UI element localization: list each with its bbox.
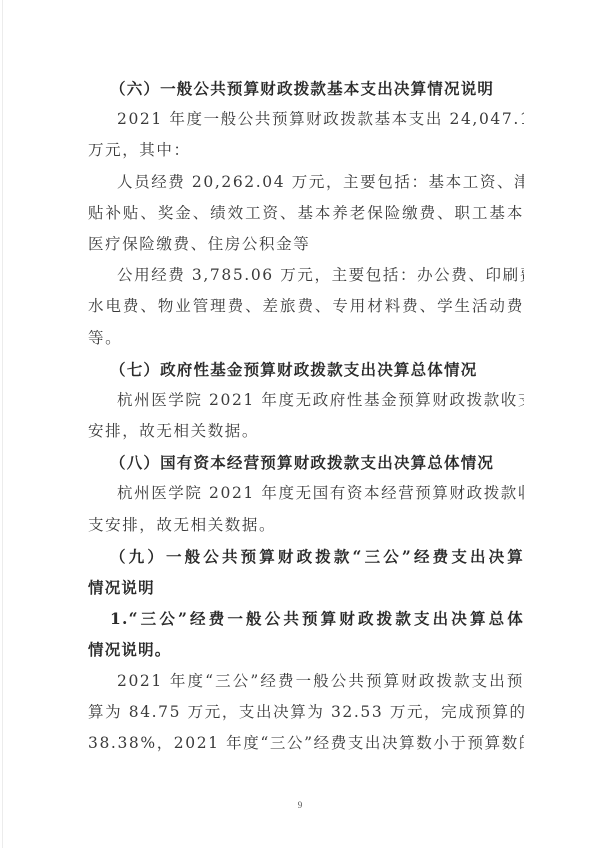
subheading-1-cont: 情况说明。 [88,634,524,665]
paragraph-line: 杭州医学院 2021 年度无国有资本经营预算财政拨款收 [88,478,524,509]
section-heading-8: （八）国有资本经营预算财政拨款支出决算总体情况 [88,447,524,478]
page-edge [2,0,3,848]
page-number: 9 [0,800,600,810]
paragraph-line: 万元，其中： [88,135,524,166]
paragraph-line: 支安排，故无相关数据。 [88,510,524,541]
section-heading-7: （七）政府性基金预算财政拨款支出决算总体情况 [88,354,524,385]
paragraph-line: 2021 年度一般公共预算财政拨款基本支出 24,047.10 [88,104,524,135]
paragraph-line: 公用经费 3,785.06 万元，主要包括：办公费、印刷费、 [88,260,524,291]
section-heading-9: （九）一般公共预算财政拨款“三公”经费支出决算 [88,541,524,572]
paragraph-line: 算为 84.75 万元，支出决算为 32.53 万元，完成预算的 [88,697,524,728]
paragraph-line: 人员经费 20,262.04 万元，主要包括：基本工资、津 [88,167,524,198]
section-heading-9-cont: 情况说明 [88,572,524,603]
paragraph-line: 38.38%，2021 年度“三公”经费支出决算数小于预算数的 [88,728,524,759]
paragraph-line: 水电费、物业管理费、差旅费、专用材料费、学生活动费 [88,291,524,322]
paragraph-line: 安排，故无相关数据。 [88,416,524,447]
paragraph-line: 医疗保险缴费、住房公积金等 [88,229,524,260]
paragraph-line: 杭州医学院 2021 年度无政府性基金预算财政拨款收支 [88,385,524,416]
paragraph-line: 2021 年度“三公”经费一般公共预算财政拨款支出预 [88,666,524,697]
paragraph-line: 等。 [88,323,524,354]
document-body: （六）一般公共预算财政拨款基本支出决算情况说明 2021 年度一般公共预算财政拨… [88,73,524,759]
paragraph-line: 贴补贴、奖金、绩效工资、基本养老保险缴费、职工基本 [88,198,524,229]
section-heading-6: （六）一般公共预算财政拨款基本支出决算情况说明 [88,73,524,104]
subheading-1: 1.“三公”经费一般公共预算财政拨款支出决算总体 [88,603,524,634]
